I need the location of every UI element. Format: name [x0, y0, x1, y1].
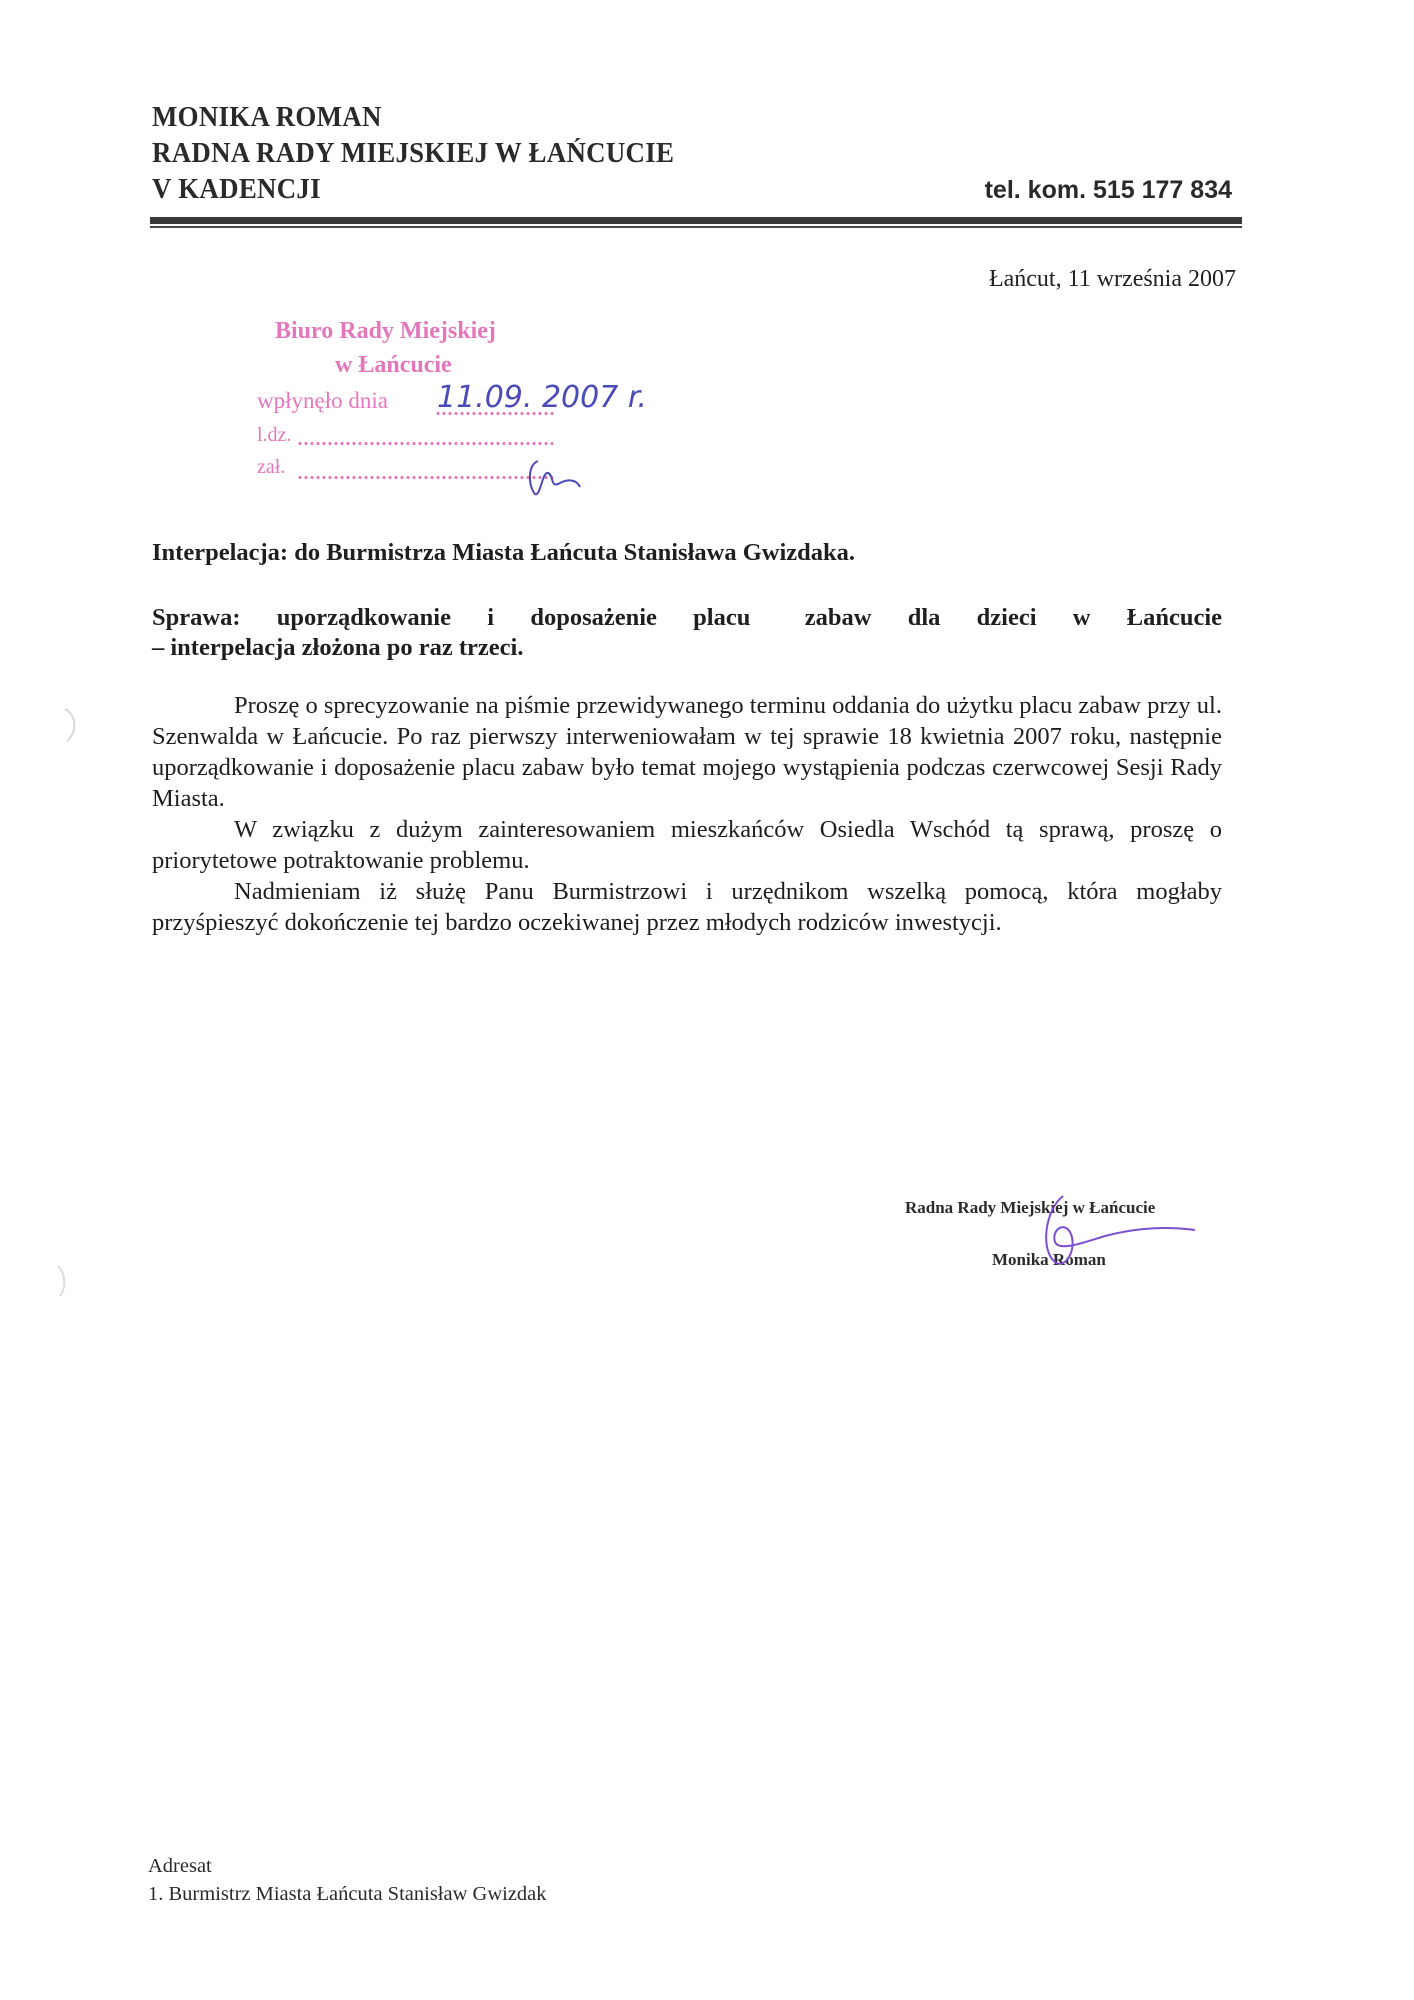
letterhead-phone: tel. kom. 515 177 834 [985, 176, 1232, 205]
stamp-initials-scribble [520, 453, 600, 513]
stamp-town: w Łańcucie [335, 352, 452, 379]
letterhead-name: MONIKA ROMAN [152, 100, 1198, 136]
addressee-heading: Adresat [148, 1852, 547, 1880]
stamp-attachments-label: zał. [257, 456, 285, 479]
stamp-ref-label: l.dz. [257, 424, 291, 447]
letterhead-divider-thin [150, 226, 1242, 228]
letterhead-title: RADNA RADY MIEJSKIEJ W ŁAŃCUCIE [152, 136, 1198, 172]
body-paragraph: Nadmieniam iż służę Panu Burmistrzowi i … [152, 876, 1222, 938]
interpellation-heading: Interpelacja: do Burmistrza Miasta Łańcu… [152, 538, 1222, 568]
stamp-dotted-line [297, 476, 555, 479]
matter-line-2: – interpelacja złożona po raz trzeci. [152, 633, 1222, 663]
letterhead-divider [150, 217, 1242, 224]
stamp-office: Biuro Rady Miejskiej [275, 318, 496, 345]
stamp-received-date: 11.09. 2007 r. [437, 380, 647, 415]
addressee-item: 1. Burmistrz Miasta Łańcuta Stanisław Gw… [148, 1880, 547, 1908]
stamp-received-label: wpłynęło dnia [257, 388, 388, 414]
punch-hole-shadow [50, 1262, 80, 1302]
matter-line-1: Sprawa: uporządkowanie i doposażenie pla… [152, 603, 1222, 633]
body-paragraph: Proszę o sprecyzowanie na piśmie przewid… [152, 690, 1222, 814]
letter-body: Proszę o sprecyzowanie na piśmie przewid… [152, 690, 1222, 938]
addressee-block: Adresat 1. Burmistrz Miasta Łańcuta Stan… [148, 1852, 547, 1908]
handwritten-signature [985, 1190, 1205, 1280]
received-stamp: Biuro Rady Miejskiej w Łańcucie wpłynęło… [255, 318, 715, 518]
body-paragraph: W związku z dużym zainteresowaniem miesz… [152, 814, 1222, 876]
stamp-dotted-line [297, 442, 555, 445]
punch-hole-shadow [55, 705, 85, 745]
date-line: Łańcut, 11 września 2007 [989, 266, 1236, 293]
letterhead: MONIKA ROMAN RADNA RADY MIEJSKIEJ W ŁAŃC… [152, 100, 1242, 208]
